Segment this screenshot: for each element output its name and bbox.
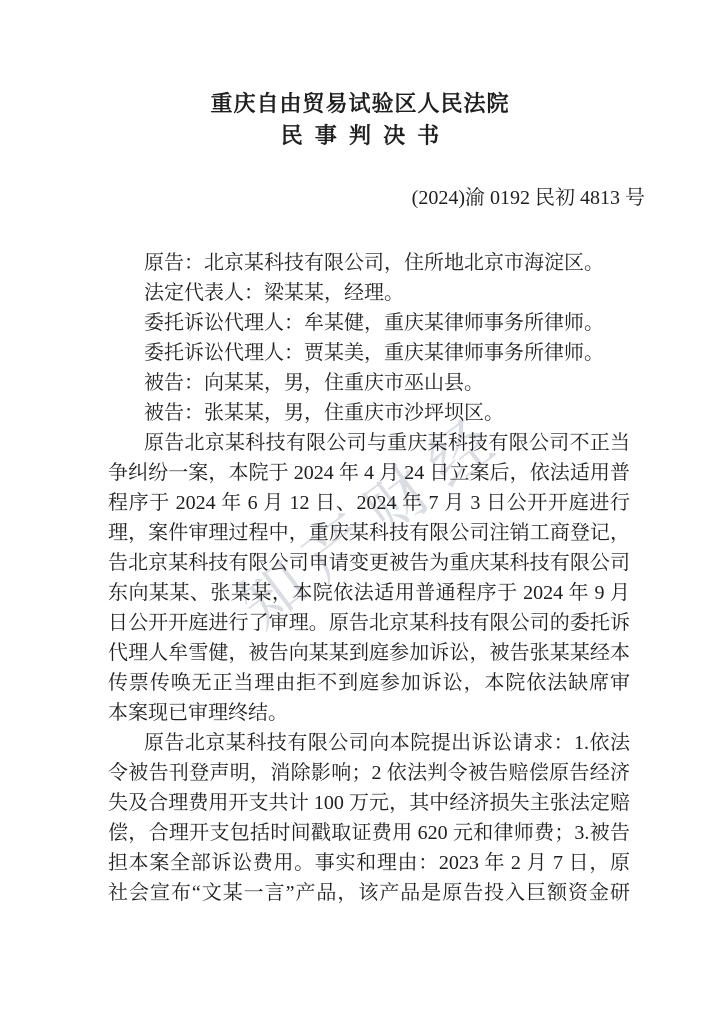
text-line: 令被告刊登声明，消除影响；2 依法判令被告赔偿原告经济损 [108, 758, 630, 788]
text-line: 失及合理费用开支共计 100 万元，其中经济损失主张法定赔 [108, 788, 630, 818]
text-line: 委托诉讼代理人：贾某美，重庆某律师事务所律师。 [108, 338, 630, 368]
text-line: 传票传唤无正当理由拒不到庭参加诉讼，本院依法缺席审理。 [108, 668, 630, 698]
text-line: 代理人牟雪健，被告向某某到庭参加诉讼，被告张某某经本院 [108, 638, 630, 668]
text-line: 程序于 2024 年 6 月 12 日、2024 年 7 月 3 日公开开庭进行… [108, 488, 630, 518]
document-body: 原告：北京某科技有限公司，住所地北京市海淀区。法定代表人：梁某某，经理。委托诉讼… [108, 248, 630, 908]
text-line: 社会宣布“文某一言”产品，该产品是原告投入巨额资金研 [108, 878, 630, 908]
text-line: 原告：北京某科技有限公司，住所地北京市海淀区。 [108, 248, 630, 278]
text-line: 本案现已审理终结。 [108, 698, 630, 728]
text-line: 委托诉讼代理人：牟某健，重庆某律师事务所律师。 [108, 308, 630, 338]
court-name-title: 重庆自由贸易试验区人民法院 [0, 90, 720, 118]
case-number: (2024)渝 0192 民初 4813 号 [412, 184, 645, 212]
text-line: 争纠纷一案，本院于 2024 年 4 月 24 日立案后，依法适用普通 [108, 458, 630, 488]
text-line: 日公开开庭进行了审理。原告北京某科技有限公司的委托诉讼 [108, 608, 630, 638]
text-line: 法定代表人：梁某某，经理。 [108, 278, 630, 308]
text-line: 告北京某科技有限公司申请变更被告为重庆某科技有限公司股 [108, 548, 630, 578]
text-line: 原告北京某科技有限公司与重庆某科技有限公司不正当竞 [108, 428, 630, 458]
judgment-document-page: 知产财经 重庆自由贸易试验区人民法院 民事判决书 (2024)渝 0192 民初… [0, 0, 720, 1018]
text-line: 理，案件审理过程中，重庆某科技有限公司注销工商登记，原 [108, 518, 630, 548]
text-line: 东向某某、张某某，本院依法适用普通程序于 2024 年 9 月 27 [108, 578, 630, 608]
text-line: 被告：向某某，男，住重庆市巫山县。 [108, 368, 630, 398]
document-type-title: 民事判决书 [0, 122, 720, 150]
text-line: 担本案全部诉讼费用。事实和理由：2023 年 2 月 7 日，原告向 [108, 848, 630, 878]
text-line: 偿，合理开支包括时间戳取证费用 620 元和律师费；3.被告承 [108, 818, 630, 848]
text-line: 原告北京某科技有限公司向本院提出诉讼请求：1.依法判 [108, 728, 630, 758]
text-line: 被告：张某某，男，住重庆市沙坪坝区。 [108, 398, 630, 428]
